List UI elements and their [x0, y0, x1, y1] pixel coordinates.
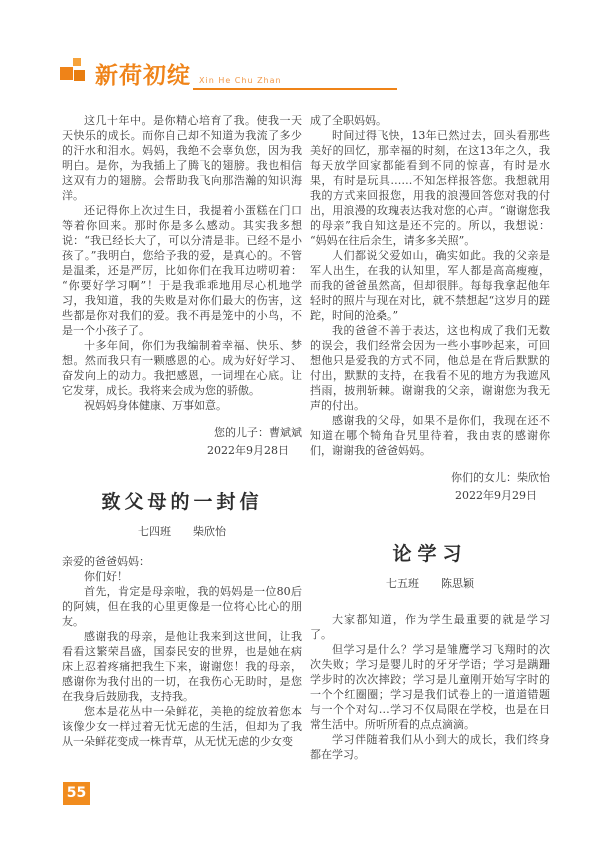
- signature-date: 2022年9月28日: [62, 443, 302, 458]
- article-byline: 七五班 陈思颖: [310, 575, 550, 591]
- letter-to-mother-ending: 这几十年中。是你精心培育了我。使我一天天快乐的成长。而你自己却不知道为我流了多少…: [62, 113, 302, 458]
- masthead: 新荷初绽 Xin He Chu Zhan: [60, 56, 397, 90]
- signature-name: 您的儿子：曹斌斌: [62, 425, 302, 440]
- paragraph: 大家都知道，作为学生最重要的就是学习了。: [310, 612, 550, 642]
- logo-square-large: [60, 67, 73, 80]
- page-number-badge: 55: [63, 782, 90, 805]
- paragraph: 我的爸爸不善于表达，这也构成了我们无数的误会，我们经常会因为一些小事吵起来，可回…: [310, 323, 550, 413]
- logo-square-medium: [74, 70, 85, 81]
- signature-block: 你们的女儿：柴欣怡 2022年9月29日: [310, 470, 550, 503]
- paragraph: 还记得你上次过生日，我提着小蛋糕在门口等着你回来。那时你是多么感动。其实我多想说…: [62, 203, 302, 338]
- signature-date: 2022年9月29日: [310, 488, 550, 503]
- paragraph-continuation: 成了全职妈妈。: [310, 113, 550, 128]
- masthead-title: 新荷初绽: [95, 65, 191, 90]
- letter-to-parents-continuation: 成了全职妈妈。 时间过得飞快，13年已然过去，回头看那些美好的回忆，那幸福的时刻…: [310, 113, 550, 503]
- salutation: 亲爱的爸爸妈妈：: [62, 554, 302, 569]
- article-byline: 七四班 柴欣怡: [62, 523, 302, 539]
- paragraph: 祝妈妈身体健康、万事如意。: [62, 398, 302, 413]
- paragraph: 这几十年中。是你精心培育了我。使我一天天快乐的成长。而你自己却不知道为我流了多少…: [62, 113, 302, 203]
- paragraph: 学习伴随着我们从小到大的成长，我们终身都在学习。: [310, 732, 550, 762]
- right-column: 成了全职妈妈。 时间过得飞快，13年已然过去，回头看那些美好的回忆，那幸福的时刻…: [310, 113, 550, 762]
- paragraph: 感谢我的父母，如果不是你们，我现在还不知道在哪个犄角旮旯里待着，我由衷的感谢你们…: [310, 413, 550, 458]
- article-title: 致父母的一封信: [62, 491, 302, 514]
- magazine-page: 新荷初绽 Xin He Chu Zhan 这几十年中。是你精心培育了我。使我一天…: [0, 0, 600, 849]
- paragraph: 时间过得飞快，13年已然过去，回头看那些美好的回忆，那幸福的时刻，在这13年之久…: [310, 128, 550, 248]
- left-column: 这几十年中。是你精心培育了我。使我一天天快乐的成长。而你自己却不知道为我流了多少…: [62, 113, 302, 749]
- masthead-rule-line: Xin He Chu Zhan: [193, 68, 397, 90]
- article-title: 论学习: [310, 543, 550, 566]
- paragraph: 人们都说父爱如山，确实如此。我的父亲是军人出生，在我的认知里，军人都是高高瘦瘦，…: [310, 248, 550, 323]
- essay-on-learning-article: 论学习 七五班 陈思颖 大家都知道，作为学生最重要的就是学习了。 但学习是什么？…: [310, 543, 550, 762]
- signature-block: 您的儿子：曹斌斌 2022年9月28日: [62, 425, 302, 458]
- masthead-subtitle: Xin He Chu Zhan: [199, 76, 282, 85]
- logo-square-small: [73, 58, 81, 66]
- paragraph: 十多年间，你们为我编制着幸福、快乐、梦想。然而我只有一颗感恩的心。成为好好学习、…: [62, 338, 302, 398]
- paragraph: 但学习是什么？学习是雏鹰学习飞翔时的次次失败；学习是婴儿时的牙牙学语；学习是蹒跚…: [310, 642, 550, 732]
- paragraph: 您本是花丛中一朵鲜花，美艳的绽放着您本该像少女一样过着无忧无虑的生活，但却为了我…: [62, 704, 302, 749]
- greeting: 你们好！: [62, 569, 302, 584]
- signature-name: 你们的女儿：柴欣怡: [310, 470, 550, 485]
- magazine-logo-icon: [60, 56, 92, 90]
- letter-to-parents-article: 致父母的一封信 七四班 柴欣怡 亲爱的爸爸妈妈： 你们好！ 首先，肯定是母亲啦，…: [62, 491, 302, 749]
- paragraph: 首先，肯定是母亲啦，我的妈妈是一位80后的阿姨，但在我的心里更像是一位将心比心的…: [62, 584, 302, 629]
- paragraph: 感谢我的母亲，是他让我来到这世间，让我看看这繁荣昌盛，国泰民安的世界，也是她在病…: [62, 629, 302, 704]
